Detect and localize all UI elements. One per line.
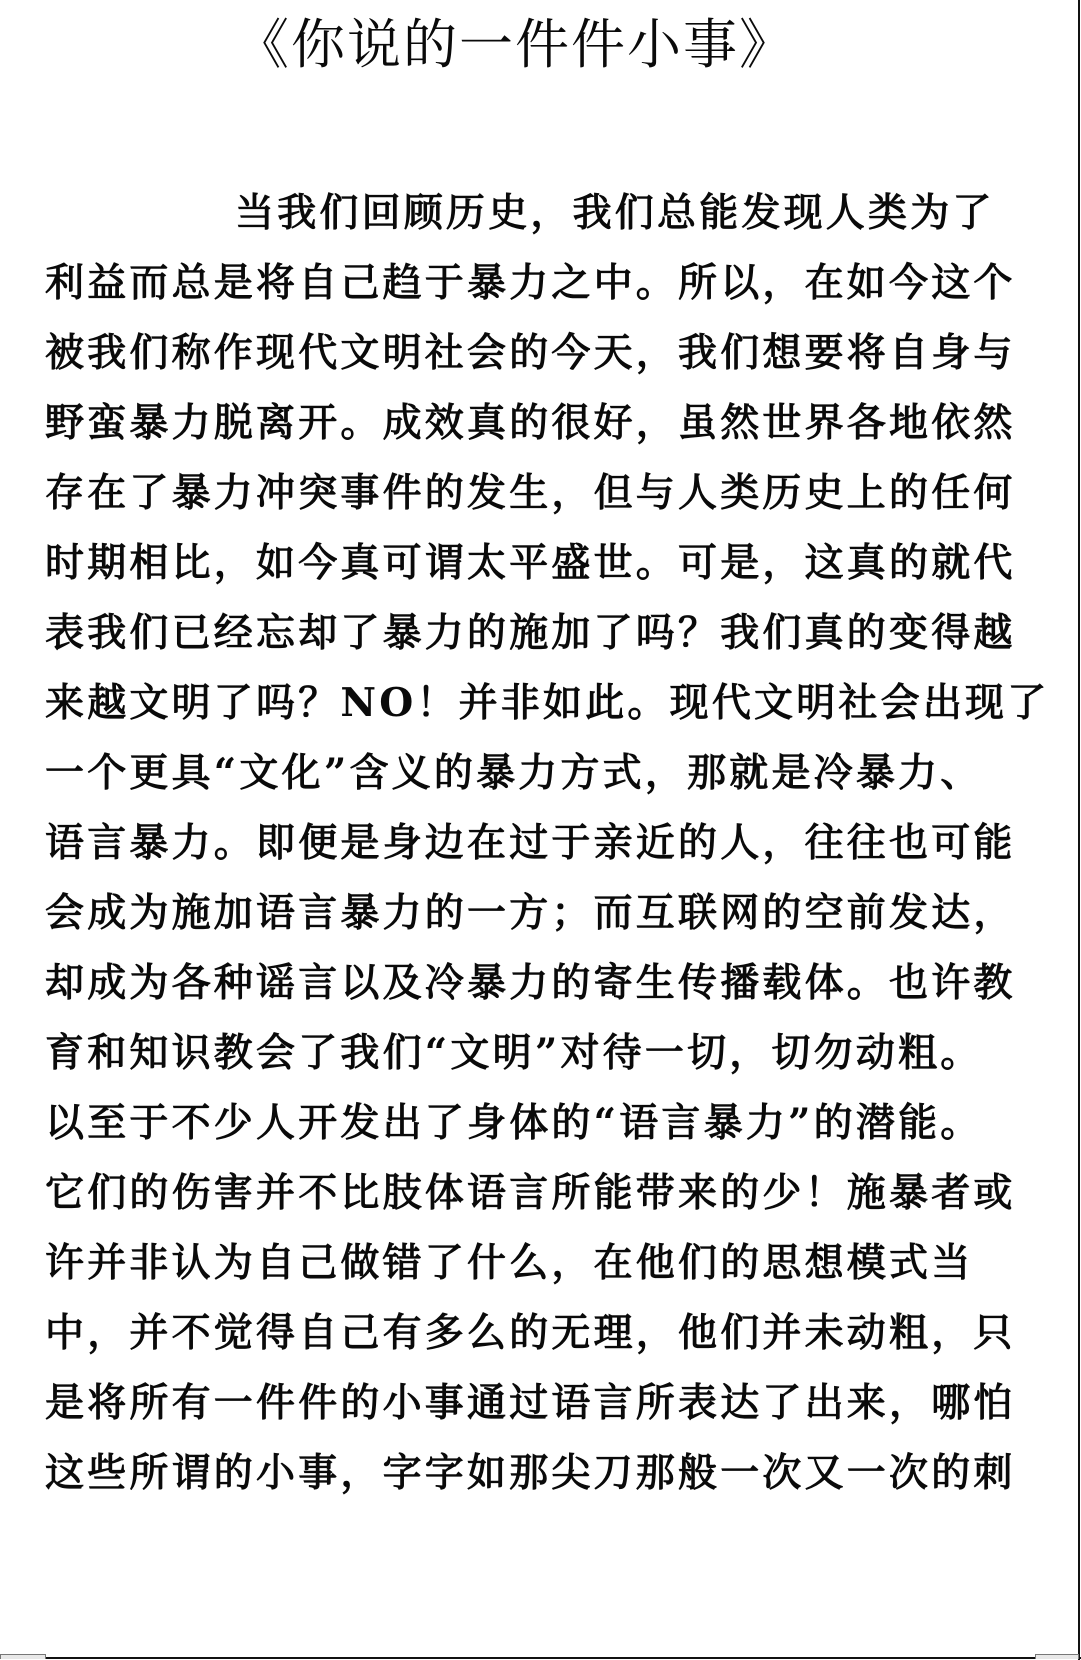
paragraph-line-4: 野蛮暴力脱离开。成效真的很好，虽然世界各地依然 [45, 388, 985, 458]
paragraph-line-17: 中，并不觉得自己有多么的无理，他们并未动粗，只 [45, 1298, 985, 1368]
document-body: 当我们回顾历史，我们总能发现人类为了 利益而总是将自己趋于暴力之中。所以，在如今… [45, 178, 985, 1508]
paragraph-line-16: 许并非认为自己做错了什么，在他们的思想模式当 [45, 1228, 985, 1298]
paragraph-line-11: 会成为施加语言暴力的一方；而互联网的空前发达， [45, 878, 985, 948]
paragraph-line-5: 存在了暴力冲突事件的发生，但与人类历史上的任何 [45, 458, 985, 528]
paragraph-line-18: 是将所有一件件的小事通过语言所表达了出来，哪怕 [45, 1368, 985, 1438]
paragraph-line-10: 语言暴力。即便是身边在过于亲近的人，往往也可能 [45, 808, 985, 878]
paragraph-line-3: 被我们称作现代文明社会的今天，我们想要将自身与 [45, 318, 985, 388]
document-title: 《你说的一件件小事》 [0, 10, 1030, 80]
page-corner-mark-left [0, 1654, 46, 1659]
paragraph-line-9: 一个更具“文化”含义的暴力方式，那就是冷暴力、 [45, 738, 985, 808]
page-corner-mark-right [1035, 1654, 1079, 1659]
page-right-border [1078, 0, 1080, 1660]
paragraph-line-2: 利益而总是将自己趋于暴力之中。所以，在如今这个 [45, 248, 985, 318]
paragraph-line-1: 当我们回顾历史，我们总能发现人类为了 [45, 178, 985, 248]
paragraph-line-13: 育和知识教会了我们“文明”对待一切，切勿动粗。 [45, 1018, 985, 1088]
paragraph-line-15: 它们的伤害并不比肢体语言所能带来的少！施暴者或 [45, 1158, 985, 1228]
paragraph-line-8: 来越文明了吗？NO！并非如此。现代文明社会出现了 [45, 668, 985, 738]
page-bottom-border [0, 1657, 1081, 1659]
document-page: 《你说的一件件小事》 当我们回顾历史，我们总能发现人类为了 利益而总是将自己趋于… [0, 0, 1081, 1660]
paragraph-line-14: 以至于不少人开发出了身体的“语言暴力”的潜能。 [45, 1088, 985, 1158]
paragraph-line-12: 却成为各种谣言以及冷暴力的寄生传播载体。也许教 [45, 948, 985, 1018]
paragraph-line-6: 时期相比，如今真可谓太平盛世。可是，这真的就代 [45, 528, 985, 598]
paragraph-line-19: 这些所谓的小事，字字如那尖刀那般一次又一次的刺 [45, 1438, 985, 1508]
paragraph-line-7: 表我们已经忘却了暴力的施加了吗？我们真的变得越 [45, 598, 985, 668]
